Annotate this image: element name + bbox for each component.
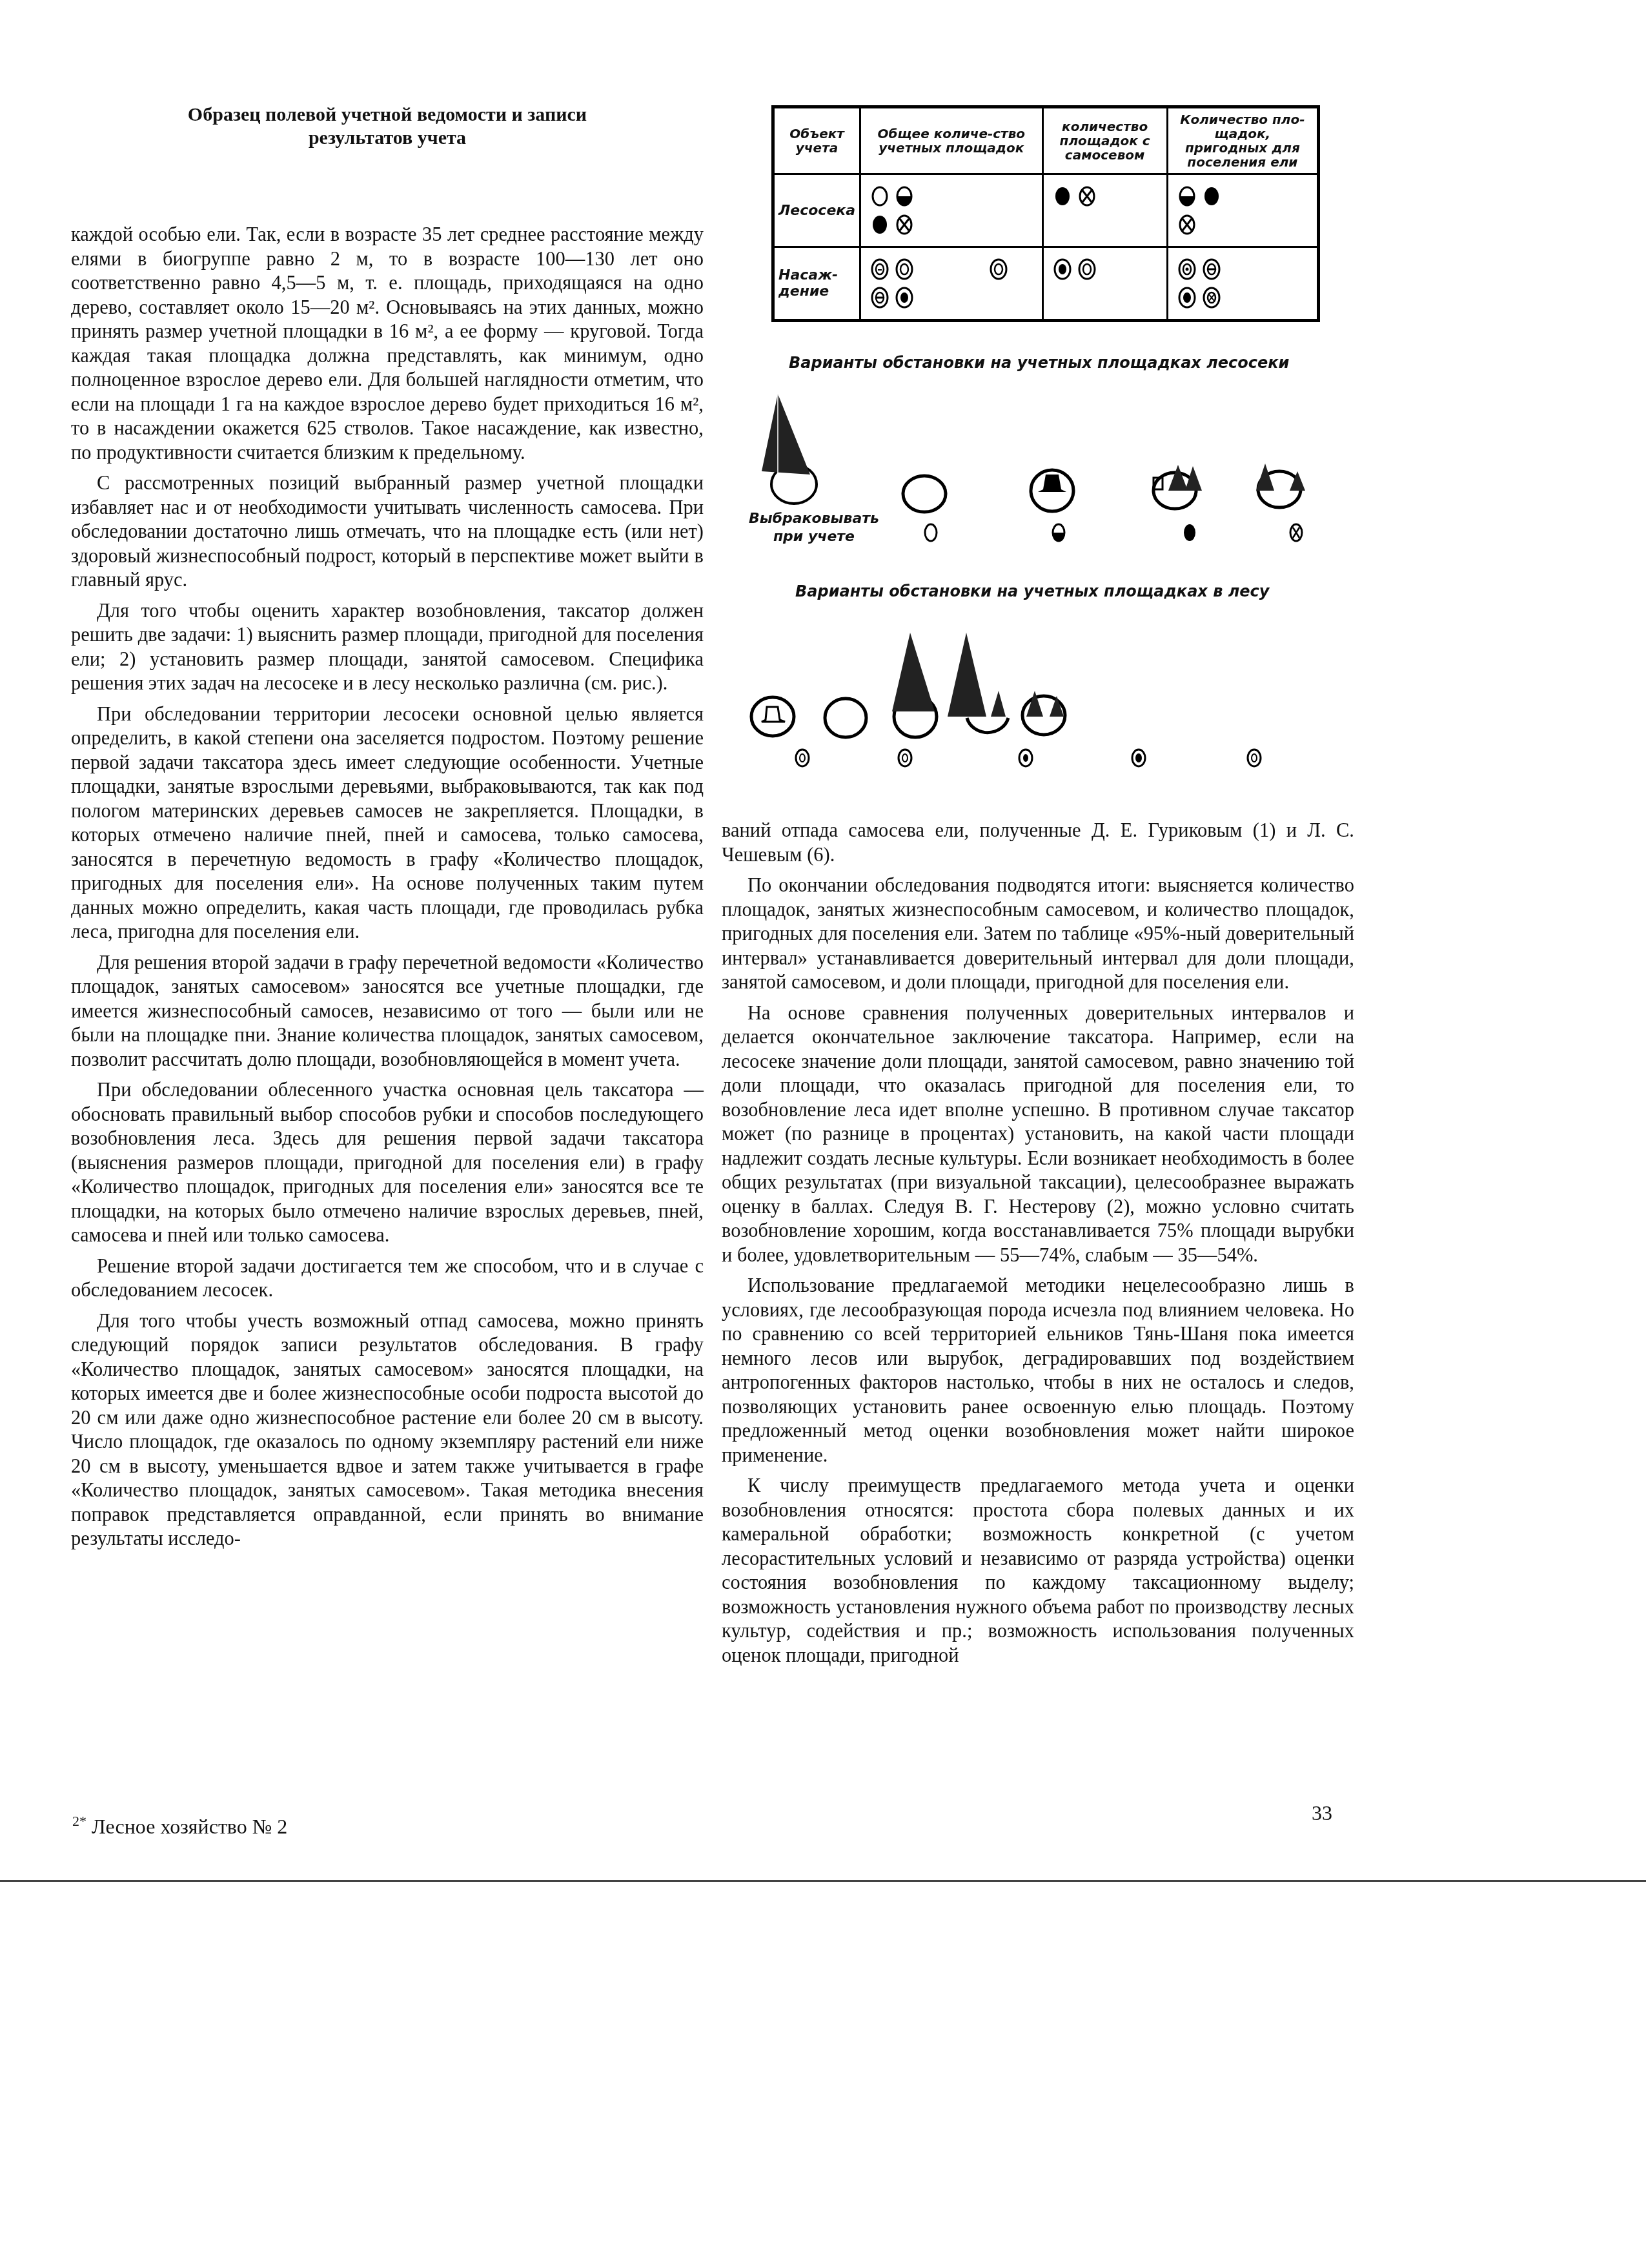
paragraph: ваний отпада самосева ели, полученные Д.… — [722, 819, 1354, 867]
row-object-stand: Насаж-дение — [773, 247, 860, 321]
ring-stump-icon — [1177, 258, 1197, 280]
row-object-cutting-area: Лесосека — [773, 174, 860, 247]
page-number: 33 — [1312, 1801, 1332, 1825]
table-row: Насаж-дение — [773, 247, 1319, 321]
figure2-caption: Варианты обстановки на учетных площадках… — [795, 582, 1269, 600]
figure2-illustration — [749, 620, 1330, 742]
paragraph: Для того чтобы оценить характер возобнов… — [71, 599, 704, 696]
cell-suitable — [1167, 247, 1318, 321]
header-suitable-plots: Количество пло-щадок, пригодных для посе… — [1167, 107, 1318, 174]
heading-line-1: Образец полевой учетной ведомости и запи… — [97, 103, 678, 127]
filled-circle-icon — [870, 214, 889, 236]
ring-empty-icon — [895, 258, 914, 280]
ring-crossed-icon — [1248, 750, 1261, 766]
figure2-symbols — [749, 742, 1330, 775]
seedlings-icon — [1022, 691, 1065, 735]
scan-edge-line — [0, 1880, 1646, 1882]
paragraph: Для решения второй задачи в графу перече… — [71, 951, 704, 1072]
paragraph: К числу преимуществ предлагаемого метода… — [722, 1474, 1354, 1668]
filled-circle-icon — [1184, 524, 1195, 541]
right-text-column: ваний отпада самосева ели, полученные Д.… — [722, 819, 1354, 1674]
ring-stump-icon — [796, 750, 809, 766]
cell-with-seedlings — [1042, 247, 1167, 321]
paragraph: каждой особью ели. Так, если в возрасте … — [71, 223, 704, 465]
table-row: Лесосека — [773, 174, 1319, 247]
paragraph: На основе сравнения полученных доверител… — [722, 1001, 1354, 1268]
mature-spruce-with-seedling-icon — [948, 633, 1008, 733]
ring-half-icon — [870, 287, 889, 309]
ring-empty-icon — [899, 750, 911, 766]
ring-filled-icon — [1053, 258, 1072, 280]
figure1-symbols — [749, 516, 1330, 549]
table-header-row: Объект учета Общее количе-ство учетных п… — [773, 107, 1319, 174]
stump-and-seedlings-icon — [1153, 465, 1202, 509]
article-section-heading: Образец полевой учетной ведомости и запи… — [97, 103, 678, 150]
paragraph: По окончании обследования подводятся ито… — [722, 873, 1354, 995]
header-total-plots: Общее количе-ство учетных площадок — [860, 107, 1042, 174]
ring-half-icon — [1019, 750, 1032, 766]
ring-filled-icon — [1177, 287, 1197, 309]
ring-filled-icon — [1132, 750, 1145, 766]
paragraph: Для того чтобы учесть возможный отпад са… — [71, 1309, 704, 1551]
paragraph: Использование предлагаемой методики неце… — [722, 1274, 1354, 1467]
half-filled-circle-icon — [1053, 524, 1064, 541]
figure1-scenes — [749, 387, 1330, 516]
paragraph: С рассмотренных позиций выбранный размер… — [71, 471, 704, 593]
paragraph: При обследовании облесенного участка осн… — [71, 1078, 704, 1248]
cell-total — [860, 247, 1042, 321]
figure1-caption: Варианты обстановки на учетных площадках… — [789, 354, 1289, 372]
header-object: Объект учета — [773, 107, 860, 174]
cell-with-seedlings — [1042, 174, 1167, 247]
filled-circle-icon — [1053, 185, 1072, 207]
field-record-table: Объект учета Общее количе-ство учетных п… — [771, 105, 1320, 322]
ring-filled-icon — [895, 287, 914, 309]
journal-footer: 2* Лесное хозяйство № 2 — [72, 1813, 287, 1839]
cell-suitable — [1167, 174, 1318, 247]
crossed-circle-icon — [1077, 185, 1097, 207]
seedlings-icon — [1256, 464, 1305, 507]
empty-circle-icon — [925, 524, 937, 541]
left-text-column: каждой особью ели. Так, если в возрасте … — [71, 223, 704, 1558]
crossed-circle-icon — [895, 214, 914, 236]
header-plots-with-seedlings: количество площадок с самосевом — [1042, 107, 1167, 174]
figure1-illustration — [749, 387, 1330, 516]
stump-icon — [751, 697, 794, 736]
filled-circle-icon — [1202, 185, 1221, 207]
signature-mark: 2* — [72, 1813, 86, 1829]
journal-title: Лесное хозяйство № 2 — [92, 1815, 287, 1838]
figure2-scenes — [749, 620, 1330, 742]
ring-stump-icon — [870, 258, 889, 280]
crossed-circle-icon — [1290, 524, 1302, 541]
ring-empty-icon — [989, 258, 1008, 280]
crossed-circle-icon — [1177, 214, 1197, 236]
stump-icon — [1031, 470, 1073, 511]
half-filled-circle-icon — [1177, 185, 1197, 207]
paragraph: Решение второй задачи достигается тем же… — [71, 1254, 704, 1303]
ring-crossed-icon — [1202, 287, 1221, 309]
empty-circle-icon — [870, 185, 889, 207]
half-filled-circle-icon — [895, 185, 914, 207]
heading-line-2: результатов учета — [97, 127, 678, 150]
cell-total — [860, 174, 1042, 247]
mature-spruce-icon — [762, 394, 817, 504]
mature-spruce-icon — [892, 633, 937, 737]
ring-empty-icon — [1077, 258, 1097, 280]
ring-half-icon — [1202, 258, 1221, 280]
paragraph: При обследовании территории лесосеки осн… — [71, 702, 704, 945]
